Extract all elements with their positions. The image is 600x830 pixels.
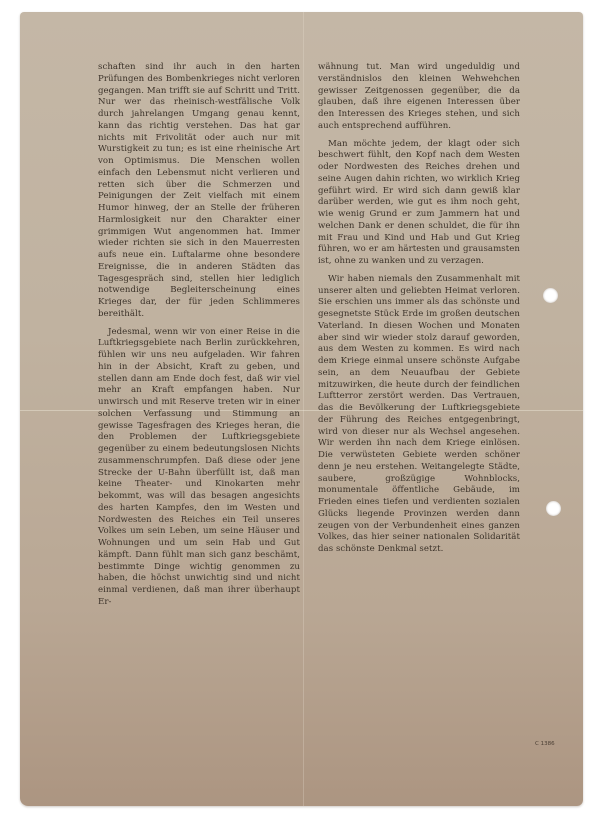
- print-code: C 1386: [535, 741, 555, 747]
- punch-hole-upper: [543, 288, 558, 303]
- paragraph: Wir haben niemals den Zusammenhalt mit u…: [318, 274, 520, 556]
- paper-sheet: schaften sind ihr auch in den harten Prü…: [20, 12, 583, 806]
- paragraph: Man möchte jedem, der klagt oder sich be…: [318, 139, 520, 268]
- paragraph: wähnung tut. Man wird ungeduldig und ver…: [318, 62, 520, 133]
- right-text-column: wähnung tut. Man wird ungeduldig und ver…: [318, 62, 520, 562]
- left-text-column: schaften sind ihr auch in den harten Prü…: [98, 62, 300, 615]
- punch-hole-lower: [546, 501, 561, 516]
- vertical-fold-line: [303, 12, 304, 806]
- paragraph: Jedesmal, wenn wir von einer Reise in di…: [98, 327, 300, 609]
- paragraph: schaften sind ihr auch in den harten Prü…: [98, 62, 300, 321]
